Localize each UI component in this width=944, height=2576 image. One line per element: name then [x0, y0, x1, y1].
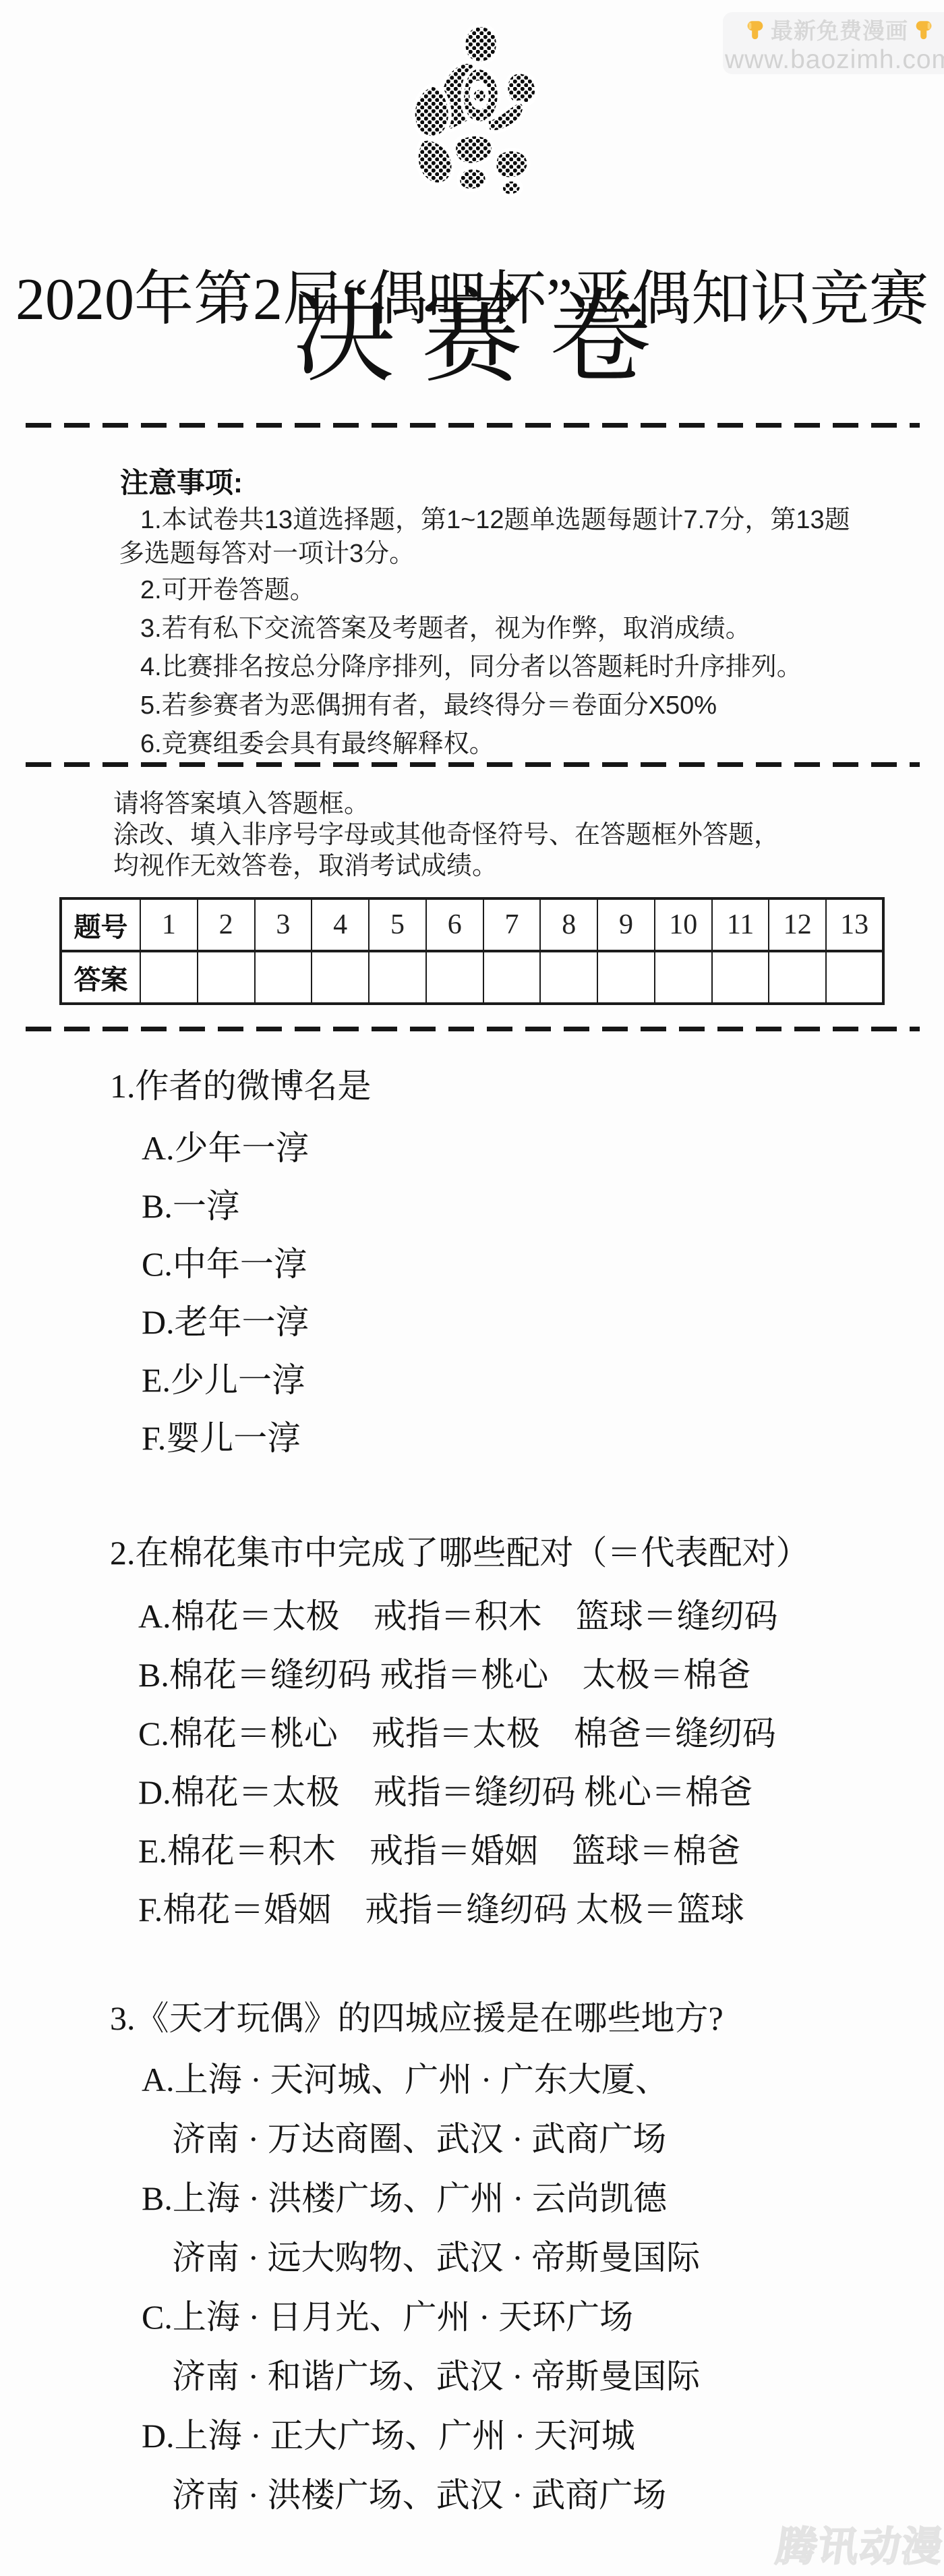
exam-paper-page: { "watermark_top": { "line1": "最新免费漫画", … — [0, 0, 944, 2576]
answer-cell — [540, 951, 597, 1004]
question-number-cell: 5 — [369, 898, 426, 951]
answer-cell — [712, 951, 769, 1004]
question-2-option-f: F.棉花＝婚姻 戒指＝缝纫码 太极＝篮球 — [138, 1883, 744, 1931]
answer-cell — [312, 951, 369, 1004]
question-number-cell: 13 — [826, 898, 883, 951]
question-number-cell: 4 — [312, 898, 369, 951]
answer-label: 答案 — [61, 951, 140, 1004]
question-number-cell: 1 — [140, 898, 198, 951]
notice-line: 5.若参赛者为恶偶拥有者，最终得分＝卷面分X50% — [140, 684, 717, 721]
notice-heading: 注意事项: — [120, 461, 243, 501]
answer-cell — [426, 951, 483, 1004]
site-watermark-url: www.baozimh.com — [725, 47, 944, 73]
question-3-option-b-line2: 济南 · 远大购物、武汉 · 帝斯曼国际 — [172, 2231, 700, 2279]
question-1-option-d: D.老年一淳 — [142, 1295, 309, 1344]
question-number-cell: 2 — [198, 898, 255, 951]
dashed-divider-3 — [26, 1027, 920, 1031]
question-3-header: 3.《天才玩偶》的四城应援是在哪些地方? — [110, 1991, 724, 2040]
site-watermark-text: 最新免费漫画 — [771, 13, 908, 45]
question-1-option-a: A.少年一淳 — [142, 1121, 309, 1170]
question-1-header: 1.作者的微博名是 — [110, 1059, 372, 1108]
answer-cell — [140, 951, 198, 1004]
exam-subtitle: 决赛卷 — [0, 282, 944, 395]
notice-line: 1.本试卷共13道选择题，第1~12题单选题每题计7.7分，第13题 — [140, 498, 850, 536]
question-2-option-b: B.棉花＝缝纫码 戒指＝桃心 太极＝棉爸 — [138, 1648, 750, 1696]
question-1-option-f: F.婴儿一淳 — [142, 1411, 301, 1460]
question-number-cell: 9 — [597, 898, 655, 951]
answer-cell — [255, 951, 312, 1004]
answer-sheet-table: 题号 1 2 3 4 5 6 7 8 9 10 11 12 13 答案 — [59, 897, 885, 1005]
question-number-label: 题号 — [61, 898, 140, 951]
answer-cell — [597, 951, 655, 1004]
dashed-divider-2 — [26, 762, 920, 767]
notice-line: 3.若有私下交流答案及考题者，视为作弊，取消成绩。 — [140, 607, 751, 644]
question-number-cell: 10 — [655, 898, 712, 951]
point-down-hand-icon — [744, 18, 767, 41]
question-1-option-b: B.一淳 — [142, 1179, 240, 1228]
question-1-option-e: E.少儿一淳 — [142, 1353, 305, 1402]
question-3-option-a-line1: A.上海 · 天河城、广州 · 广东大厦、 — [142, 2053, 669, 2101]
table-row-answers: 答案 — [61, 951, 883, 1004]
question-3-option-a-line2: 济南 · 万达商圈、武汉 · 武商广场 — [172, 2112, 666, 2160]
tencent-comics-watermark: 腾讯动漫 — [773, 2515, 944, 2573]
answer-cell — [769, 951, 826, 1004]
question-number-cell: 6 — [426, 898, 483, 951]
answer-cell — [369, 951, 426, 1004]
question-3-option-b-line1: B.上海 · 洪楼广场、广州 · 云尚凯德 — [142, 2171, 667, 2220]
site-watermark-badge: 最新免费漫画 www.baozimh.com — [723, 12, 944, 74]
question-number-cell: 11 — [712, 898, 769, 951]
answer-cell — [826, 951, 883, 1004]
dashed-divider-1 — [26, 423, 920, 428]
question-2-option-d: D.棉花＝太极 戒指＝缝纫码 桃心＝棉爸 — [138, 1765, 753, 1814]
question-1-option-c: C.中年一淳 — [142, 1237, 307, 1286]
question-3-option-c-line1: C.上海 · 日月光、广州 · 天环广场 — [142, 2290, 633, 2339]
notice-line: 6.竞赛组委会具有最终解释权。 — [140, 722, 495, 760]
question-3-option-d-line1: D.上海 · 正大广场、广州 · 天河城 — [142, 2409, 635, 2457]
question-number-cell: 8 — [540, 898, 597, 951]
question-number-cell: 3 — [255, 898, 312, 951]
question-number-cell: 7 — [483, 898, 541, 951]
question-number-cell: 12 — [769, 898, 826, 951]
question-2-option-c: C.棉花＝桃心 戒指＝太极 棉爸＝缝纫码 — [138, 1707, 776, 1755]
answer-instruction-line: 均视作无效答卷，取消考试成绩。 — [113, 845, 498, 882]
site-watermark-line1: 最新免费漫画 — [744, 13, 935, 45]
question-2-option-e: E.棉花＝积木 戒指＝婚姻 篮球＝棉爸 — [138, 1824, 740, 1872]
question-2-header: 2.在棉花集市中完成了哪些配对（＝代表配对） — [110, 1526, 810, 1574]
question-2-option-a: A.棉花＝太极 戒指＝积木 篮球＝缝纫码 — [138, 1589, 778, 1638]
notice-line: 多选题每答对一项计3分。 — [119, 532, 415, 569]
halftone-doll-figure-logo — [402, 20, 545, 197]
answer-cell — [483, 951, 541, 1004]
answer-cell — [198, 951, 255, 1004]
answer-cell — [655, 951, 712, 1004]
point-down-hand-icon — [912, 18, 935, 41]
notice-line: 4.比赛排名按总分降序排列，同分者以答题耗时升序排列。 — [140, 646, 802, 683]
table-row-question-numbers: 题号 1 2 3 4 5 6 7 8 9 10 11 12 13 — [61, 898, 883, 951]
question-3-option-c-line2: 济南 · 和谐广场、武汉 · 帝斯曼国际 — [172, 2349, 700, 2398]
question-3-option-d-line2: 济南 · 洪楼广场、武汉 · 武商广场 — [172, 2468, 666, 2517]
notice-line: 2.可开卷答题。 — [140, 569, 316, 606]
